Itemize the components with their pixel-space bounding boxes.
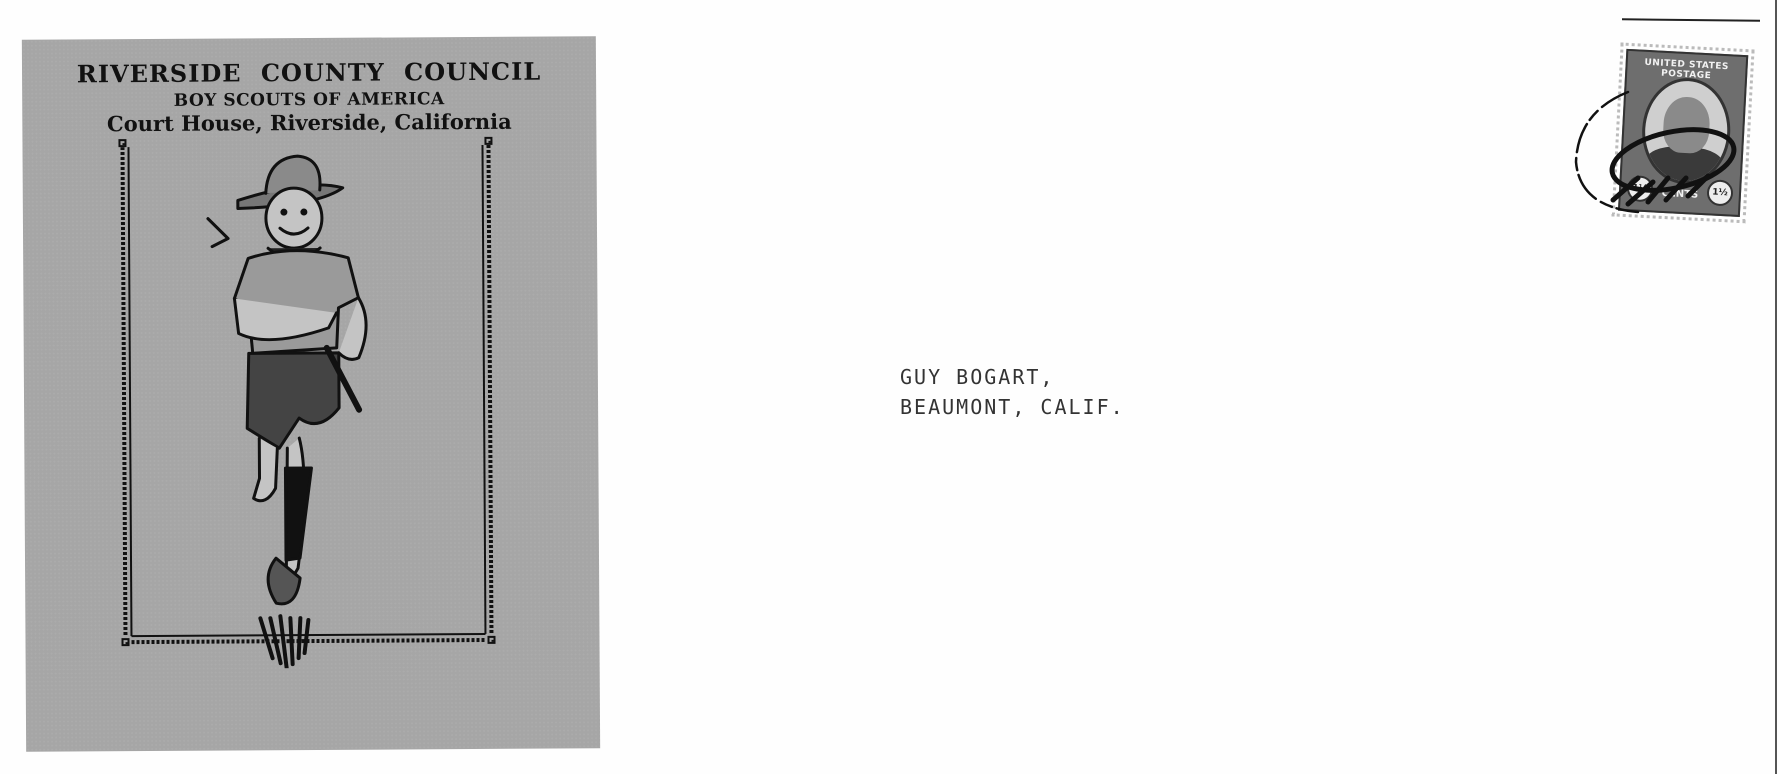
recipient-city: BEAUMONT, CALIF. <box>900 392 1125 422</box>
running-boy-scout-icon <box>197 147 420 668</box>
return-address: Court House, Riverside, California <box>22 108 596 137</box>
postage-stamp: UNITED STATES POSTAGE 1½ CENTS 1½ <box>1605 36 1765 234</box>
stamp-cents-text: CENTS <box>1651 187 1709 201</box>
recipient-address: GUY BOGART, BEAUMONT, CALIF. <box>900 362 1125 422</box>
envelope-edge <box>1775 0 1777 774</box>
envelope: RIVERSIDE COUNTY COUNCIL BOY SCOUTS OF A… <box>0 0 1779 774</box>
corner-card: RIVERSIDE COUNTY COUNCIL BOY SCOUTS OF A… <box>22 36 600 751</box>
portrait-icon <box>1639 76 1732 186</box>
council-name: RIVERSIDE COUNTY COUNCIL <box>22 56 596 89</box>
stamp-denomination-right: 1½ <box>1706 179 1733 206</box>
stamp-guide-line <box>1622 18 1760 21</box>
recipient-name: GUY BOGART, <box>900 362 1125 392</box>
